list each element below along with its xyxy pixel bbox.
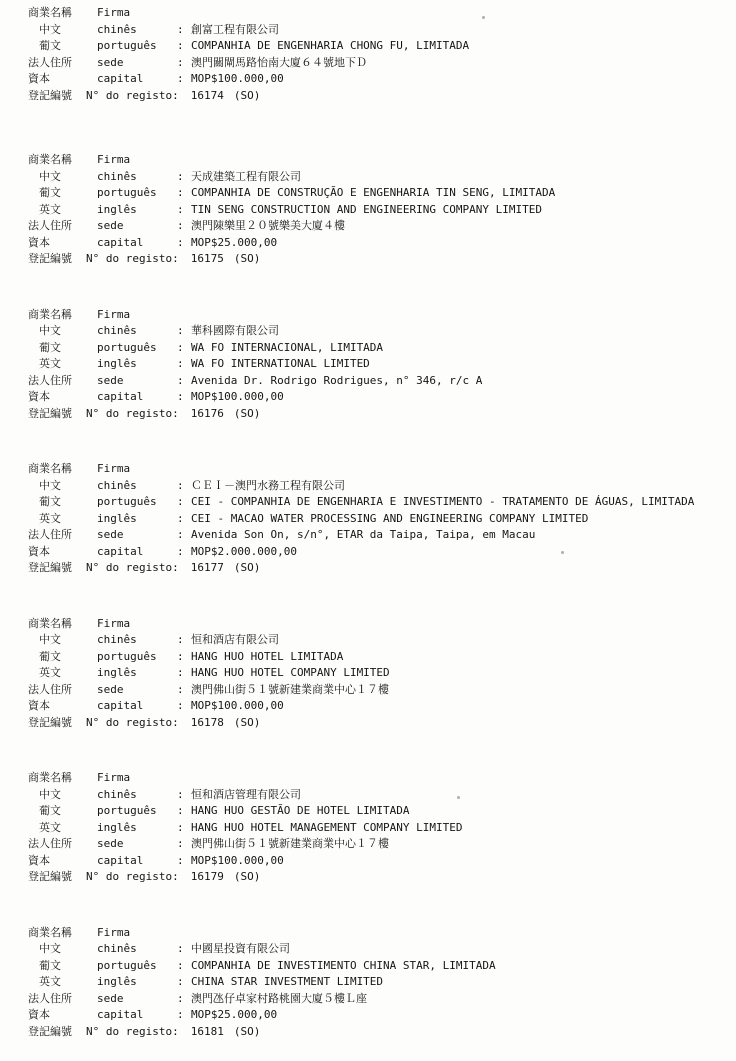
registry-number-row: 登記編號 N° do registo: 16177 (SO) bbox=[28, 560, 730, 577]
chinese-label-zh: 中文 bbox=[28, 787, 97, 804]
registry-label-pt: N° do registo: bbox=[86, 1024, 179, 1041]
address-label-pt: sede bbox=[97, 218, 177, 235]
colon-separator: : bbox=[177, 373, 191, 390]
firm-label-zh: 商業名稱 bbox=[28, 152, 97, 169]
address-value: 澳門氹仔卓家村路桃園大廈５樓Ｌ座 bbox=[191, 991, 367, 1008]
capital-row: 資本 capital : MOP$25.000,00 bbox=[28, 1007, 730, 1024]
colon-separator: : bbox=[177, 38, 191, 55]
colon-separator: : bbox=[177, 649, 191, 666]
chinese-label-pt: chinês bbox=[97, 169, 177, 186]
colon-separator: : bbox=[177, 682, 191, 699]
capital-label-zh: 資本 bbox=[28, 235, 97, 252]
registry-number-row: 登記編號 N° do registo: 16178 (SO) bbox=[28, 715, 730, 732]
firm-label-zh: 商業名稱 bbox=[28, 616, 97, 633]
portuguese-label-pt: português bbox=[97, 958, 177, 975]
registry-number-row: 登記編號 N° do registo: 16176 (SO) bbox=[28, 406, 730, 423]
address-label-zh: 法人住所 bbox=[28, 836, 97, 853]
firm-label-pt: Firma bbox=[97, 461, 177, 478]
colon-separator: : bbox=[177, 1007, 191, 1024]
colon-separator: : bbox=[177, 185, 191, 202]
firm-header-row: 商業名稱 Firma bbox=[28, 616, 730, 633]
colon-separator: : bbox=[177, 853, 191, 870]
chinese-label-zh: 中文 bbox=[28, 632, 97, 649]
portuguese-name-row: 葡文 português : COMPANHIA DE INVESTIMENTO… bbox=[28, 958, 730, 975]
portuguese-name-value: COMPANHIA DE INVESTIMENTO CHINA STAR, LI… bbox=[191, 958, 496, 975]
address-row: 法人住所 sede : Avenida Dr. Rodrigo Rodrigue… bbox=[28, 373, 730, 390]
chinese-name-row: 中文 chinês : 天成建築工程有限公司 bbox=[28, 169, 730, 186]
firm-label-zh: 商業名稱 bbox=[28, 461, 97, 478]
firm-header-row: 商業名稱 Firma bbox=[28, 5, 730, 22]
firm-label-zh: 商業名稱 bbox=[28, 925, 97, 942]
capital-label-zh: 資本 bbox=[28, 853, 97, 870]
address-row: 法人住所 sede : 澳門佛山街５１號新建業商業中心１７樓 bbox=[28, 682, 730, 699]
capital-label-zh: 資本 bbox=[28, 1007, 97, 1024]
registry-number-value: 16175 bbox=[191, 251, 224, 268]
portuguese-name-row: 葡文 português : HANG HUO GESTÃO DE HOTEL … bbox=[28, 803, 730, 820]
address-label-pt: sede bbox=[97, 55, 177, 72]
address-label-pt: sede bbox=[97, 527, 177, 544]
registry-number-row: 登記編號 N° do registo: 16181 (SO) bbox=[28, 1024, 730, 1041]
registry-label-pt: N° do registo: bbox=[86, 88, 179, 105]
english-name-value: TIN SENG CONSTRUCTION AND ENGINEERING CO… bbox=[191, 202, 542, 219]
chinese-name-row: 中文 chinês : ＣＥＩ－澳門水務工程有限公司 bbox=[28, 478, 730, 495]
capital-label-zh: 資本 bbox=[28, 71, 97, 88]
address-row: 法人住所 sede : Avenida Son On, s/n°, ETAR d… bbox=[28, 527, 730, 544]
portuguese-name-row: 葡文 português : COMPANHIA DE CONSTRUÇÃO E… bbox=[28, 185, 730, 202]
portuguese-name-row: 葡文 português : WA FO INTERNACIONAL, LIMI… bbox=[28, 340, 730, 357]
chinese-name-value: 天成建築工程有限公司 bbox=[191, 169, 301, 186]
registry-number-value: 16181 bbox=[191, 1024, 224, 1041]
capital-label-pt: capital bbox=[97, 698, 177, 715]
registry-label-zh: 登記編號 bbox=[28, 251, 86, 268]
chinese-label-pt: chinês bbox=[97, 787, 177, 804]
colon-separator: : bbox=[177, 787, 191, 804]
firm-label-pt: Firma bbox=[97, 5, 177, 22]
registry-entry: 商業名稱 Firma 中文 chinês : 天成建築工程有限公司 葡文 por… bbox=[28, 152, 730, 268]
address-label-pt: sede bbox=[97, 682, 177, 699]
portuguese-label-pt: português bbox=[97, 803, 177, 820]
english-name-row: 英文 inglês : WA FO INTERNATIONAL LIMITED bbox=[28, 356, 730, 373]
registry-entry: 商業名稱 Firma 中文 chinês : 恒和酒店有限公司 葡文 portu… bbox=[28, 616, 730, 732]
english-name-row: 英文 inglês : CHINA STAR INVESTMENT LIMITE… bbox=[28, 974, 730, 991]
chinese-label-zh: 中文 bbox=[28, 22, 97, 39]
registry-number-value: 16174 bbox=[191, 88, 224, 105]
portuguese-label-pt: português bbox=[97, 649, 177, 666]
chinese-name-value: ＣＥＩ－澳門水務工程有限公司 bbox=[191, 478, 345, 495]
portuguese-label-pt: português bbox=[97, 494, 177, 511]
chinese-name-value: 華科國際有限公司 bbox=[191, 323, 279, 340]
portuguese-name-row: 葡文 português : CEI - COMPANHIA DE ENGENH… bbox=[28, 494, 730, 511]
english-name-value: CEI - MACAO WATER PROCESSING AND ENGINEE… bbox=[191, 511, 588, 528]
capital-row: 資本 capital : MOP$100.000,00 bbox=[28, 698, 730, 715]
capital-label-pt: capital bbox=[97, 235, 177, 252]
capital-value: MOP$100.000,00 bbox=[191, 698, 284, 715]
registry-number-value: 16179 bbox=[191, 869, 224, 886]
english-name-row: 英文 inglês : CEI - MACAO WATER PROCESSING… bbox=[28, 511, 730, 528]
chinese-label-pt: chinês bbox=[97, 478, 177, 495]
capital-value: MOP$25.000,00 bbox=[191, 235, 277, 252]
chinese-name-value: 恒和酒店管理有限公司 bbox=[191, 787, 301, 804]
registry-suffix: (SO) bbox=[234, 251, 261, 268]
chinese-name-row: 中文 chinês : 創富工程有限公司 bbox=[28, 22, 730, 39]
portuguese-name-value: CEI - COMPANHIA DE ENGENHARIA E INVESTIM… bbox=[191, 494, 694, 511]
colon-separator: : bbox=[177, 698, 191, 715]
capital-row: 資本 capital : MOP$2.000.000,00 bbox=[28, 544, 730, 561]
capital-value: MOP$100.000,00 bbox=[191, 853, 284, 870]
chinese-name-value: 創富工程有限公司 bbox=[191, 22, 279, 39]
address-value: 澳門佛山街５１號新建業商業中心１７樓 bbox=[191, 682, 389, 699]
english-label-pt: inglês bbox=[97, 202, 177, 219]
chinese-label-zh: 中文 bbox=[28, 941, 97, 958]
capital-label-pt: capital bbox=[97, 71, 177, 88]
registry-entry: 商業名稱 Firma 中文 chinês : 華科國際有限公司 葡文 portu… bbox=[28, 307, 730, 423]
registry-label-zh: 登記編號 bbox=[28, 715, 86, 732]
chinese-label-zh: 中文 bbox=[28, 478, 97, 495]
address-value: Avenida Dr. Rodrigo Rodrigues, n° 346, r… bbox=[191, 373, 482, 390]
registry-number-value: 16177 bbox=[191, 560, 224, 577]
address-row: 法人住所 sede : 澳門佛山街５１號新建業商業中心１７樓 bbox=[28, 836, 730, 853]
firm-label-pt: Firma bbox=[97, 770, 177, 787]
firm-header-row: 商業名稱 Firma bbox=[28, 307, 730, 324]
portuguese-label-pt: português bbox=[97, 340, 177, 357]
firm-label-pt: Firma bbox=[97, 152, 177, 169]
capital-label-zh: 資本 bbox=[28, 389, 97, 406]
colon-separator: : bbox=[177, 323, 191, 340]
english-label-zh: 英文 bbox=[28, 665, 97, 682]
registry-suffix: (SO) bbox=[234, 560, 261, 577]
capital-row: 資本 capital : MOP$100.000,00 bbox=[28, 71, 730, 88]
address-label-zh: 法人住所 bbox=[28, 55, 97, 72]
registry-label-pt: N° do registo: bbox=[86, 560, 179, 577]
firm-label-zh: 商業名稱 bbox=[28, 307, 97, 324]
firm-label-pt: Firma bbox=[97, 616, 177, 633]
address-value: 澳門佛山街５１號新建業商業中心１７樓 bbox=[191, 836, 389, 853]
english-label-zh: 英文 bbox=[28, 820, 97, 837]
chinese-label-zh: 中文 bbox=[28, 169, 97, 186]
colon-separator: : bbox=[177, 511, 191, 528]
english-name-value: HANG HUO HOTEL COMPANY LIMITED bbox=[191, 665, 390, 682]
colon-separator: : bbox=[177, 544, 191, 561]
portuguese-name-value: HANG HUO GESTÃO DE HOTEL LIMITADA bbox=[191, 803, 410, 820]
portuguese-name-value: COMPANHIA DE CONSTRUÇÃO E ENGENHARIA TIN… bbox=[191, 185, 555, 202]
capital-label-pt: capital bbox=[97, 1007, 177, 1024]
portuguese-label-zh: 葡文 bbox=[28, 185, 97, 202]
registry-number-row: 登記編號 N° do registo: 16174 (SO) bbox=[28, 88, 730, 105]
colon-separator: : bbox=[177, 941, 191, 958]
firm-label-zh: 商業名稱 bbox=[28, 770, 97, 787]
address-label-pt: sede bbox=[97, 991, 177, 1008]
portuguese-label-zh: 葡文 bbox=[28, 958, 97, 975]
registry-suffix: (SO) bbox=[234, 88, 261, 105]
registry-number-value: 16176 bbox=[191, 406, 224, 423]
english-name-value: CHINA STAR INVESTMENT LIMITED bbox=[191, 974, 383, 991]
capital-value: MOP$100.000,00 bbox=[191, 71, 284, 88]
registry-label-pt: N° do registo: bbox=[86, 251, 179, 268]
address-label-zh: 法人住所 bbox=[28, 527, 97, 544]
colon-separator: : bbox=[177, 836, 191, 853]
firm-label-zh: 商業名稱 bbox=[28, 5, 97, 22]
colon-separator: : bbox=[177, 991, 191, 1008]
colon-separator: : bbox=[177, 218, 191, 235]
english-name-row: 英文 inglês : HANG HUO HOTEL MANAGEMENT CO… bbox=[28, 820, 730, 837]
portuguese-label-zh: 葡文 bbox=[28, 494, 97, 511]
colon-separator: : bbox=[177, 22, 191, 39]
english-label-zh: 英文 bbox=[28, 202, 97, 219]
colon-separator: : bbox=[177, 478, 191, 495]
registry-suffix: (SO) bbox=[234, 406, 261, 423]
address-label-zh: 法人住所 bbox=[28, 373, 97, 390]
capital-value: MOP$2.000.000,00 bbox=[191, 544, 297, 561]
colon-separator: : bbox=[177, 632, 191, 649]
registry-entry: 商業名稱 Firma 中文 chinês : 中國星投資有限公司 葡文 port… bbox=[28, 925, 730, 1041]
capital-label-zh: 資本 bbox=[28, 698, 97, 715]
firm-header-row: 商業名稱 Firma bbox=[28, 152, 730, 169]
chinese-name-row: 中文 chinês : 中國星投資有限公司 bbox=[28, 941, 730, 958]
portuguese-label-pt: português bbox=[97, 185, 177, 202]
english-label-pt: inglês bbox=[97, 356, 177, 373]
colon-separator: : bbox=[177, 55, 191, 72]
firm-header-row: 商業名稱 Firma bbox=[28, 770, 730, 787]
address-label-zh: 法人住所 bbox=[28, 991, 97, 1008]
registry-label-zh: 登記編號 bbox=[28, 406, 86, 423]
chinese-label-pt: chinês bbox=[97, 323, 177, 340]
colon-separator: : bbox=[177, 803, 191, 820]
colon-separator: : bbox=[177, 974, 191, 991]
chinese-label-pt: chinês bbox=[97, 941, 177, 958]
address-value: 澳門關閘馬路怡南大廈６４號地下Ｄ bbox=[191, 55, 367, 72]
english-name-value: WA FO INTERNATIONAL LIMITED bbox=[191, 356, 370, 373]
capital-label-pt: capital bbox=[97, 544, 177, 561]
english-label-zh: 英文 bbox=[28, 511, 97, 528]
address-row: 法人住所 sede : 澳門氹仔卓家村路桃園大廈５樓Ｌ座 bbox=[28, 991, 730, 1008]
registry-label-zh: 登記編號 bbox=[28, 560, 86, 577]
colon-separator: : bbox=[177, 202, 191, 219]
english-label-pt: inglês bbox=[97, 511, 177, 528]
registry-number-row: 登記編號 N° do registo: 16175 (SO) bbox=[28, 251, 730, 268]
firm-label-pt: Firma bbox=[97, 925, 177, 942]
document-page: 商業名稱 Firma 中文 chinês : 創富工程有限公司 葡文 portu… bbox=[0, 0, 736, 1040]
address-label-pt: sede bbox=[97, 836, 177, 853]
colon-separator: : bbox=[177, 665, 191, 682]
registry-number-value: 16178 bbox=[191, 715, 224, 732]
scan-speck bbox=[561, 551, 564, 554]
chinese-name-row: 中文 chinês : 華科國際有限公司 bbox=[28, 323, 730, 340]
registry-label-pt: N° do registo: bbox=[86, 715, 179, 732]
english-label-zh: 英文 bbox=[28, 356, 97, 373]
portuguese-label-zh: 葡文 bbox=[28, 340, 97, 357]
chinese-label-pt: chinês bbox=[97, 632, 177, 649]
portuguese-name-value: HANG HUO HOTEL LIMITADA bbox=[191, 649, 343, 666]
entry-list: 商業名稱 Firma 中文 chinês : 創富工程有限公司 葡文 portu… bbox=[28, 5, 730, 1040]
colon-separator: : bbox=[177, 494, 191, 511]
address-value: 澳門陳樂里２０號樂美大廈４樓 bbox=[191, 218, 345, 235]
address-value: Avenida Son On, s/n°, ETAR da Taipa, Tai… bbox=[191, 527, 535, 544]
registry-label-pt: N° do registo: bbox=[86, 869, 179, 886]
registry-label-zh: 登記編號 bbox=[28, 869, 86, 886]
chinese-name-row: 中文 chinês : 恒和酒店有限公司 bbox=[28, 632, 730, 649]
registry-suffix: (SO) bbox=[234, 715, 261, 732]
capital-row: 資本 capital : MOP$25.000,00 bbox=[28, 235, 730, 252]
english-label-pt: inglês bbox=[97, 665, 177, 682]
chinese-label-zh: 中文 bbox=[28, 323, 97, 340]
address-label-pt: sede bbox=[97, 373, 177, 390]
portuguese-name-value: WA FO INTERNACIONAL, LIMITADA bbox=[191, 340, 383, 357]
capital-row: 資本 capital : MOP$100.000,00 bbox=[28, 389, 730, 406]
registry-entry: 商業名稱 Firma 中文 chinês : 創富工程有限公司 葡文 portu… bbox=[28, 5, 730, 104]
chinese-name-value: 中國星投資有限公司 bbox=[191, 941, 290, 958]
colon-separator: : bbox=[177, 235, 191, 252]
chinese-name-row: 中文 chinês : 恒和酒店管理有限公司 bbox=[28, 787, 730, 804]
english-label-pt: inglês bbox=[97, 974, 177, 991]
firm-header-row: 商業名稱 Firma bbox=[28, 461, 730, 478]
colon-separator: : bbox=[177, 340, 191, 357]
address-row: 法人住所 sede : 澳門陳樂里２０號樂美大廈４樓 bbox=[28, 218, 730, 235]
capital-label-pt: capital bbox=[97, 389, 177, 406]
colon-separator: : bbox=[177, 356, 191, 373]
colon-separator: : bbox=[177, 820, 191, 837]
registry-entry: 商業名稱 Firma 中文 chinês : 恒和酒店管理有限公司 葡文 por… bbox=[28, 770, 730, 886]
colon-separator: : bbox=[177, 527, 191, 544]
chinese-label-pt: chinês bbox=[97, 22, 177, 39]
portuguese-label-zh: 葡文 bbox=[28, 38, 97, 55]
capital-value: MOP$100.000,00 bbox=[191, 389, 284, 406]
english-name-row: 英文 inglês : TIN SENG CONSTRUCTION AND EN… bbox=[28, 202, 730, 219]
english-label-pt: inglês bbox=[97, 820, 177, 837]
colon-separator: : bbox=[177, 958, 191, 975]
address-label-zh: 法人住所 bbox=[28, 218, 97, 235]
registry-suffix: (SO) bbox=[234, 869, 261, 886]
portuguese-name-value: COMPANHIA DE ENGENHARIA CHONG FU, LIMITA… bbox=[191, 38, 469, 55]
portuguese-label-zh: 葡文 bbox=[28, 649, 97, 666]
registry-number-row: 登記編號 N° do registo: 16179 (SO) bbox=[28, 869, 730, 886]
capital-label-pt: capital bbox=[97, 853, 177, 870]
english-label-zh: 英文 bbox=[28, 974, 97, 991]
registry-label-zh: 登記編號 bbox=[28, 88, 86, 105]
colon-separator: : bbox=[177, 169, 191, 186]
registry-label-zh: 登記編號 bbox=[28, 1024, 86, 1041]
registry-suffix: (SO) bbox=[234, 1024, 261, 1041]
scan-speck bbox=[457, 796, 460, 799]
capital-value: MOP$25.000,00 bbox=[191, 1007, 277, 1024]
registry-entry: 商業名稱 Firma 中文 chinês : ＣＥＩ－澳門水務工程有限公司 葡文… bbox=[28, 461, 730, 577]
capital-label-zh: 資本 bbox=[28, 544, 97, 561]
firm-label-pt: Firma bbox=[97, 307, 177, 324]
firm-header-row: 商業名稱 Firma bbox=[28, 925, 730, 942]
english-name-row: 英文 inglês : HANG HUO HOTEL COMPANY LIMIT… bbox=[28, 665, 730, 682]
colon-separator: : bbox=[177, 71, 191, 88]
address-label-zh: 法人住所 bbox=[28, 682, 97, 699]
portuguese-label-zh: 葡文 bbox=[28, 803, 97, 820]
chinese-name-value: 恒和酒店有限公司 bbox=[191, 632, 279, 649]
capital-row: 資本 capital : MOP$100.000,00 bbox=[28, 853, 730, 870]
colon-separator: : bbox=[177, 389, 191, 406]
scan-speck bbox=[482, 16, 485, 19]
english-name-value: HANG HUO HOTEL MANAGEMENT COMPANY LIMITE… bbox=[191, 820, 463, 837]
address-row: 法人住所 sede : 澳門關閘馬路怡南大廈６４號地下Ｄ bbox=[28, 55, 730, 72]
registry-label-pt: N° do registo: bbox=[86, 406, 179, 423]
portuguese-name-row: 葡文 português : HANG HUO HOTEL LIMITADA bbox=[28, 649, 730, 666]
portuguese-label-pt: português bbox=[97, 38, 177, 55]
portuguese-name-row: 葡文 português : COMPANHIA DE ENGENHARIA C… bbox=[28, 38, 730, 55]
